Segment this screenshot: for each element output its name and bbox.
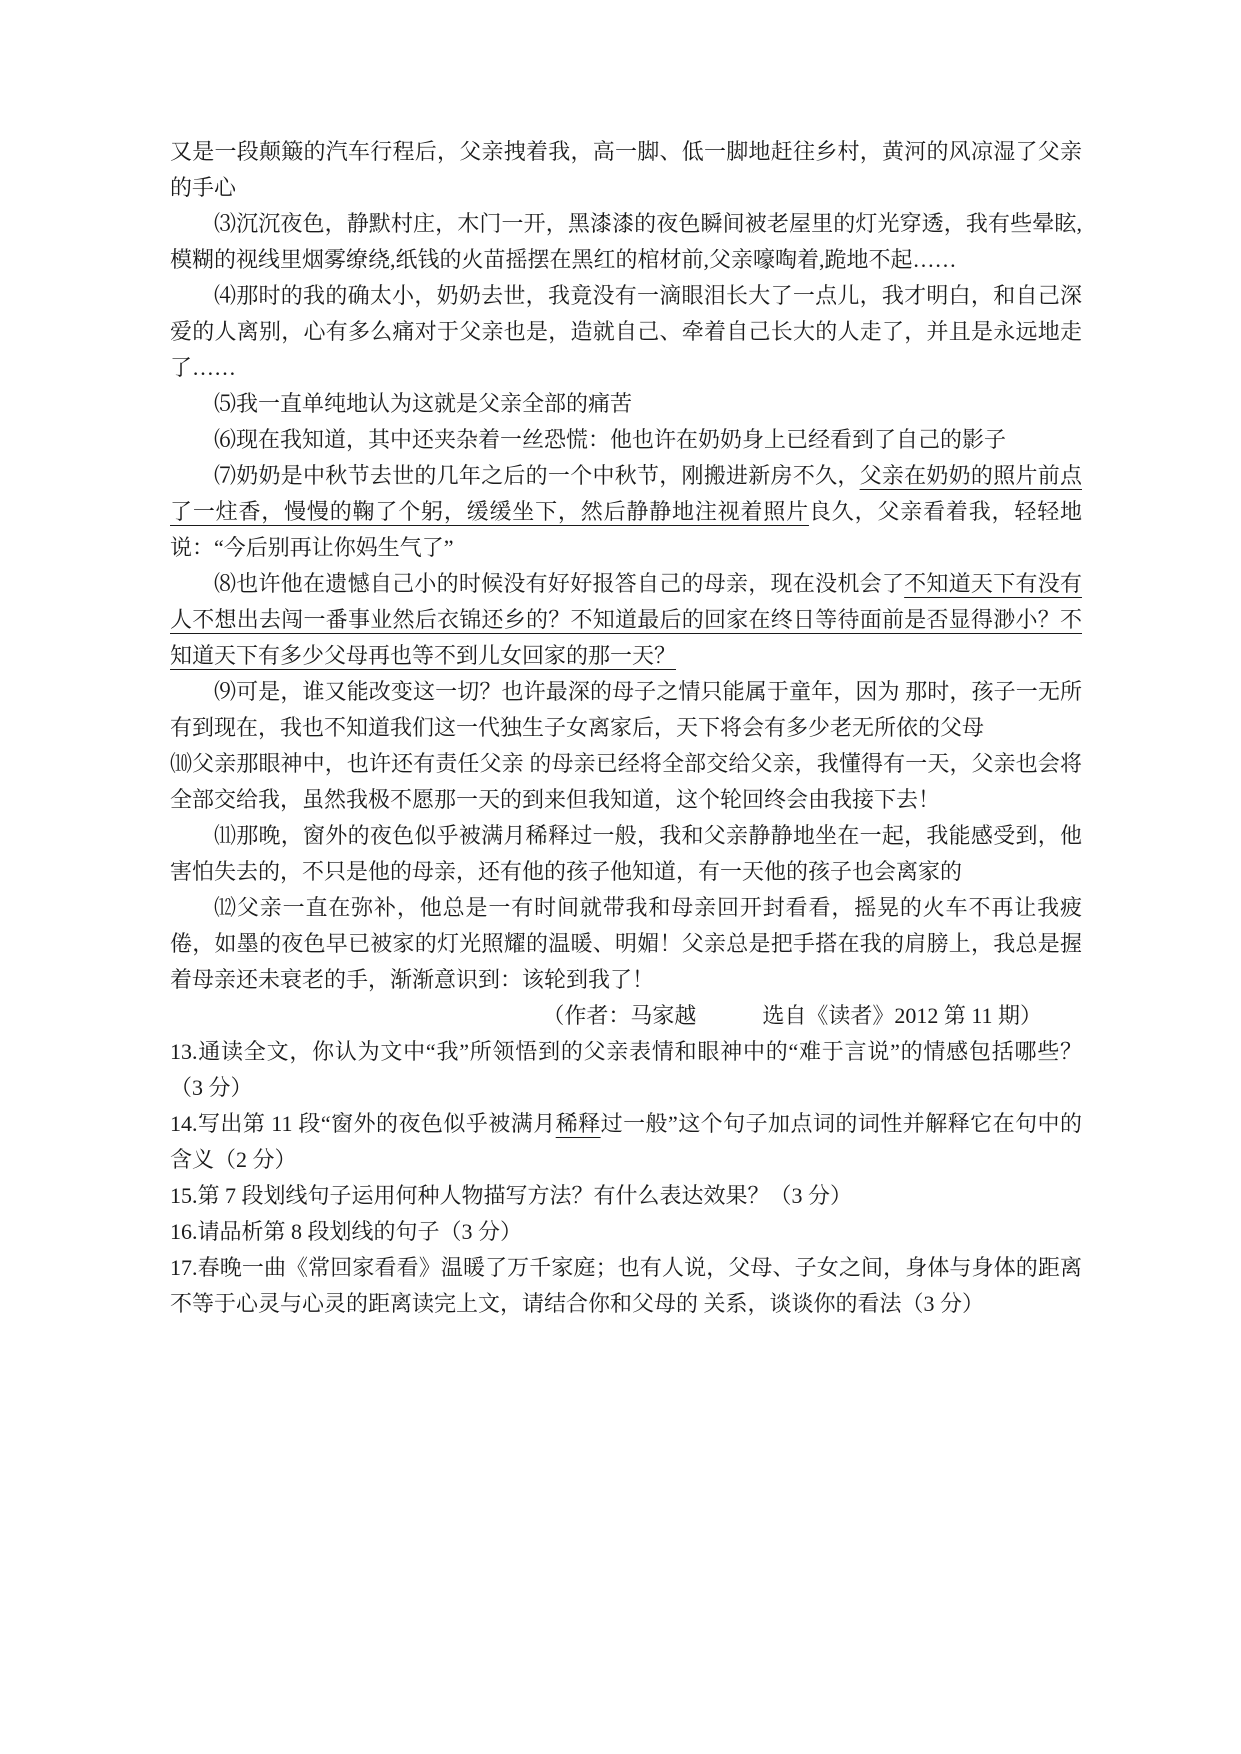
text-run: ⑷那时的我的确太小，奶奶去世，我竟没有一滴眼泪长大了一点儿，我才明白，和自己深爱… [170, 283, 1082, 380]
article-body: 又是一段颠簸的汽车行程后，父亲拽着我，高一脚、低一脚地赶往乡村，黄河的风凉湿了父… [170, 134, 1082, 1322]
body-paragraph: ⑿父亲一直在弥补，他总是一有时间就带我和母亲回开封看看，摇晃的火车不再让我疲倦，… [170, 890, 1082, 998]
body-paragraph: ⑶沉沉夜色，静默村庄，木门一开，黑漆漆的夜色瞬间被老屋里的灯光穿透，我有些晕眩,… [170, 206, 1082, 278]
text-run: 13.通读全文，你认为文中“我”所领悟到的父亲表情和眼神中的“难于言说”的情感包… [170, 1039, 1082, 1100]
question-item: 14.写出第 11 段“窗外的夜色似乎被满月稀释过一般”这个句子加点词的词性并解… [170, 1106, 1082, 1178]
text-run: ⑻也许他在遗憾自己小的时候没有好好报答自己的母亲，现在没机会了 [214, 571, 904, 596]
question-item: 15.第 7 段划线句子运用何种人物描写方法？有什么表达效果？（3 分） [170, 1178, 1082, 1214]
question-item: 17.春晚一曲《常回家看看》温暖了万千家庭；也有人说，父母、子女之间，身体与身体… [170, 1250, 1082, 1322]
text-run: 又是一段颠簸的汽车行程后，父亲拽着我，高一脚、低一脚地赶往乡村，黄河的风凉湿了父… [170, 139, 1082, 200]
text-run: ⑸我一直单纯地认为这就是父亲全部的痛苦 [214, 391, 632, 416]
text-run: ⑶沉沉夜色，静默村庄，木门一开，黑漆漆的夜色瞬间被老屋里的灯光穿透，我有些晕眩,… [170, 211, 1082, 272]
underlined-text-run: 稀释 [556, 1111, 601, 1136]
text-run: ⑼可是，谁又能改变这一切？也许最深的母子之情只能属于童年，因为 那时，孩子一无所… [170, 679, 1082, 740]
text-run: 17.春晚一曲《常回家看看》温暖了万千家庭；也有人说，父母、子女之间，身体与身体… [170, 1255, 1082, 1316]
body-paragraph: ⑸我一直单纯地认为这就是父亲全部的痛苦 [170, 386, 1082, 422]
body-paragraph: ⑷那时的我的确太小，奶奶去世，我竟没有一滴眼泪长大了一点儿，我才明白，和自己深爱… [170, 278, 1082, 386]
question-item: 16.请品析第 8 段划线的句子（3 分） [170, 1214, 1082, 1250]
question-item: 13.通读全文，你认为文中“我”所领悟到的父亲表情和眼神中的“难于言说”的情感包… [170, 1034, 1082, 1106]
body-paragraph: ⑻也许他在遗憾自己小的时候没有好好报答自己的母亲，现在没机会了不知道天下有没有人… [170, 566, 1082, 674]
body-paragraph: ⑼可是，谁又能改变这一切？也许最深的母子之情只能属于童年，因为 那时，孩子一无所… [170, 674, 1082, 746]
body-paragraph: ⑾那晚，窗外的夜色似乎被满月稀释过一般，我和父亲静静地坐在一起，我能感受到，他害… [170, 818, 1082, 890]
text-run: ⑺奶奶是中秋节去世的几年之后的一个中秋节，刚搬进新房不久， [214, 463, 860, 488]
body-paragraph: ⑽父亲那眼神中，也许还有责任父亲 的母亲已经将全部交给父亲，我懂得有一天，父亲也… [170, 746, 1082, 818]
text-run: ⑹现在我知道，其中还夹杂着一丝恐慌：他也许在奶奶身上已经看到了自己的影子 [214, 427, 1006, 452]
text-run: ⑿父亲一直在弥补，他总是一有时间就带我和母亲回开封看看，摇晃的火车不再让我疲倦，… [170, 895, 1082, 992]
document-page: 又是一段颠簸的汽车行程后，父亲拽着我，高一脚、低一脚地赶往乡村，黄河的风凉湿了父… [0, 0, 1241, 1754]
body-paragraph: ⑹现在我知道，其中还夹杂着一丝恐慌：他也许在奶奶身上已经看到了自己的影子 [170, 422, 1082, 458]
text-run: 15.第 7 段划线句子运用何种人物描写方法？有什么表达效果？（3 分） [170, 1183, 852, 1208]
body-paragraph: ⑺奶奶是中秋节去世的几年之后的一个中秋节，刚搬进新房不久，父亲在奶奶的照片前点了… [170, 458, 1082, 566]
text-run: 14.写出第 11 段“窗外的夜色似乎被满月 [170, 1111, 556, 1136]
text-run: ⑾那晚，窗外的夜色似乎被满月稀释过一般，我和父亲静静地坐在一起，我能感受到，他害… [170, 823, 1082, 884]
author-byline: （作者：马家越 选自《读者》2012 第 11 期） [170, 998, 1082, 1034]
text-run: （作者：马家越 选自《读者》2012 第 11 期） [542, 1003, 1042, 1028]
text-run: 16.请品析第 8 段划线的句子（3 分） [170, 1219, 522, 1244]
text-run: ⑽父亲那眼神中，也许还有责任父亲 的母亲已经将全部交给父亲，我懂得有一天，父亲也… [170, 751, 1082, 812]
body-paragraph: 又是一段颠簸的汽车行程后，父亲拽着我，高一脚、低一脚地赶往乡村，黄河的风凉湿了父… [170, 134, 1082, 206]
